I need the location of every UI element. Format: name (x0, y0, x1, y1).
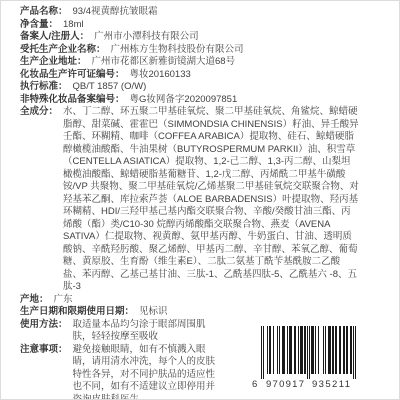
field-origin: 产地： 广东 (20, 294, 399, 307)
product-name-label: 产品名称： (20, 6, 68, 19)
net-content-value: 18ml (63, 19, 84, 32)
product-name-value: 93/4视黄醇抗皱眼霜 (73, 6, 158, 19)
standard-value: QB/T 1857 (O/W) (73, 81, 147, 94)
manufacturer-address-value: 广州市花都区新雅街镜湖大道68号 (92, 56, 236, 69)
field-production-license: 化妆品生产许可证编号： 粤妆20160133 (20, 69, 399, 82)
svg-text:935211: 935211 (312, 379, 350, 390)
ean13-barcode-svg: 6970917935211 (252, 326, 362, 390)
caution-label: 注意事项： (20, 344, 68, 357)
entrusted-manufacturer-label: 受托生产企业名称： (20, 44, 106, 57)
field-ingredients: 全成分： 水、丁二醇、环五聚二甲基硅氧烷、聚二甲基硅氧烷、角鲨烷、鲸蜡硬脂醇、甜… (20, 106, 399, 294)
origin-value: 广东 (54, 294, 73, 307)
usage-label: 使用方法： (20, 319, 68, 332)
field-product-name: 产品名称： 93/4视黄醇抗皱眼霜 (20, 6, 399, 19)
ingredients-label: 全成分： (20, 106, 58, 119)
usage-value: 取适量本品均匀涂于眼部周围肌肤，轻轻按摩至吸收 (73, 319, 223, 344)
filing-number-value: 粤G妆网备字2020097851 (130, 94, 238, 107)
net-content-label: 净含量： (20, 19, 58, 32)
production-date-label: 生产日期和限期使用日期： (20, 306, 134, 319)
field-manufacturer-address: 生产企业地址： 广州市花都区新雅街镜湖大道68号 (20, 56, 399, 69)
ingredients-value: 水、丁二醇、环五聚二甲基硅氧烷、聚二甲基硅氧烷、角鲨烷、鲸蜡硬脂醇、甜菜碱、霍霍… (63, 106, 359, 294)
registrant-value: 广州市小潭科技有限公司 (94, 31, 199, 44)
field-registrant: 备案人/注册人： 广州市小潭科技有限公司 (20, 31, 399, 44)
registrant-label: 备案人/注册人： (20, 31, 89, 44)
production-license-value: 粤妆20160133 (130, 69, 191, 82)
svg-text:970917: 970917 (266, 379, 304, 390)
filing-number-label: 非特殊化妆品备案编号： (20, 94, 125, 107)
caution-value: 避免接触眼睛，如有不慎溅入眼睛，请用清水冲洗，每个人的皮肤特性各异，对不同护肤品… (73, 344, 223, 400)
manufacturer-address-label: 生产企业地址： (20, 56, 87, 69)
production-date-value: 见标识 (139, 306, 168, 319)
standard-label: 执行标准： (20, 81, 68, 94)
origin-label: 产地： (20, 294, 49, 307)
field-net-content: 净含量： 18ml (20, 19, 399, 32)
field-standard: 执行标准： QB/T 1857 (O/W) (20, 81, 399, 94)
field-production-date: 生产日期和限期使用日期： 见标识 (20, 306, 399, 319)
field-entrusted-manufacturer: 受托生产企业名称： 广州栋方生物科技股份有限公司 (20, 44, 399, 57)
field-filing-number: 非特殊化妆品备案编号： 粤G妆网备字2020097851 (20, 94, 399, 107)
product-label-sheet: 产品名称： 93/4视黄醇抗皱眼霜 净含量： 18ml 备案人/注册人： 广州市… (0, 0, 400, 400)
production-license-label: 化妆品生产许可证编号： (20, 69, 125, 82)
ean13-barcode: 6970917935211 (252, 326, 362, 390)
entrusted-manufacturer-value: 广州栋方生物科技股份有限公司 (111, 44, 244, 57)
svg-text:6: 6 (252, 379, 257, 390)
